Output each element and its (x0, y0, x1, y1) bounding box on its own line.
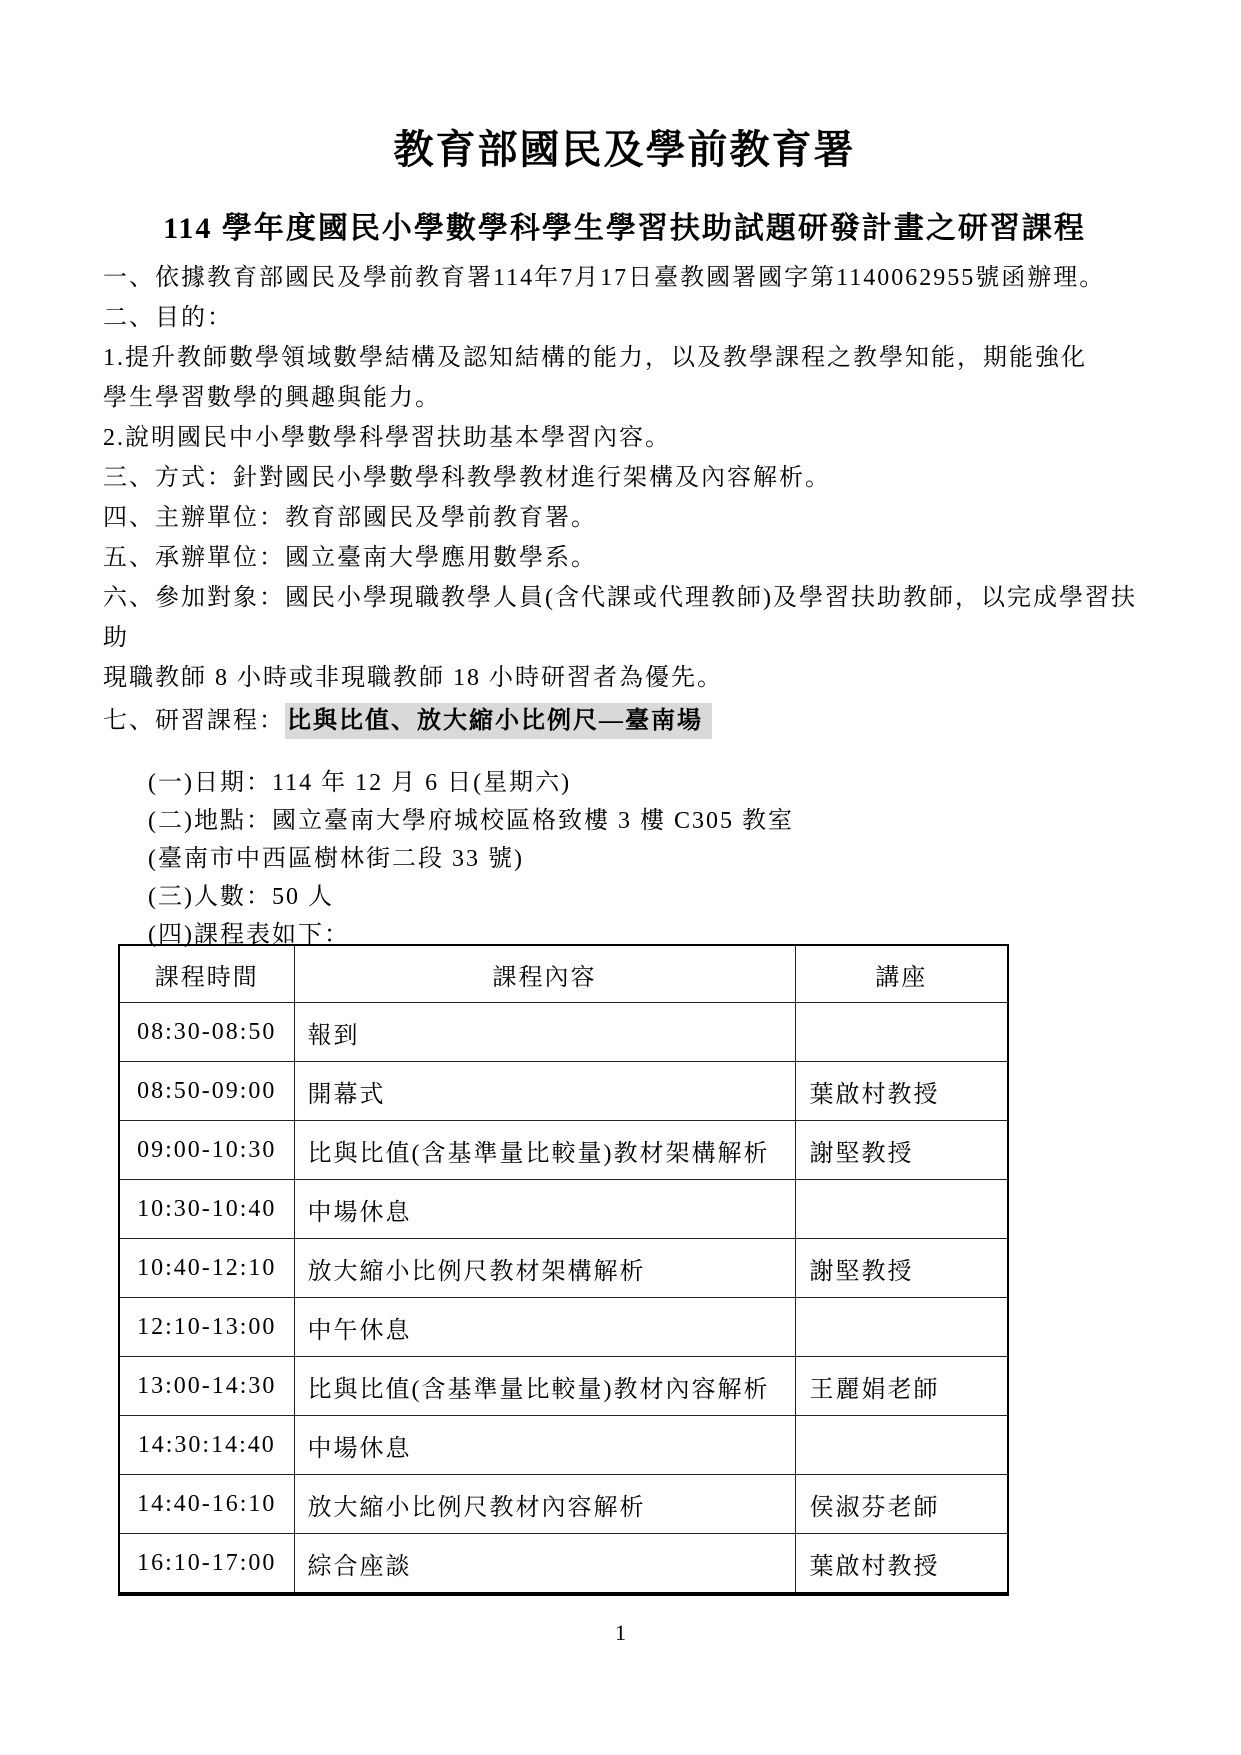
header-cell-speaker: 講座 (795, 945, 1008, 1003)
cell-time: 10:40-12:10 (119, 1239, 294, 1298)
purpose-point-2: 2.說明國民中小學數學科學習扶助基本學習內容。 (103, 418, 1146, 458)
cell-time: 10:30-10:40 (119, 1180, 294, 1239)
cell-content: 綜合座談 (294, 1534, 795, 1595)
cell-time: 08:30-08:50 (119, 1003, 294, 1062)
page-number: 1 (0, 1620, 1241, 1646)
table-row: 14:30:14:40 中場休息 (119, 1416, 1008, 1475)
cell-time: 14:40-16:10 (119, 1475, 294, 1534)
cell-time: 08:50-09:00 (119, 1062, 294, 1121)
document-title: 教育部國民及學前教育署 (103, 0, 1146, 174)
table-row: 09:00-10:30 比與比值(含基準量比較量)教材架構解析 謝堅教授 (119, 1121, 1008, 1180)
course-location-line-1: (二)地點：國立臺南大學府城校區格致樓 3 樓 C305 教室 (148, 802, 1146, 840)
cell-content: 放大縮小比例尺教材架構解析 (294, 1239, 795, 1298)
cell-time: 13:00-14:30 (119, 1357, 294, 1416)
cell-time: 14:30:14:40 (119, 1416, 294, 1475)
item-organizer: 四、主辦單位：教育部國民及學前教育署。 (103, 498, 1146, 538)
table-row: 16:10-17:00 綜合座談 葉啟村教授 (119, 1534, 1008, 1595)
course-location-line-2: (臺南市中西區樹林街二段 33 號) (148, 840, 1146, 878)
header-cell-content: 課程內容 (294, 945, 795, 1003)
cell-content: 放大縮小比例尺教材內容解析 (294, 1475, 795, 1534)
table-row: 14:40-16:10 放大縮小比例尺教材內容解析 侯淑芬老師 (119, 1475, 1008, 1534)
cell-speaker (795, 1180, 1008, 1239)
document-page: 教育部國民及學前教育署 114 學年度國民小學數學科學生學習扶助試題研發計畫之研… (0, 0, 1241, 1596)
cell-speaker: 侯淑芬老師 (795, 1475, 1008, 1534)
course-title-highlight: 比與比值、放大縮小比例尺—臺南場 (285, 703, 712, 739)
item-course: 七、研習課程：比與比值、放大縮小比例尺—臺南場 (103, 698, 1146, 744)
item-participants-line-2: 現職教師 8 小時或非現職教師 18 小時研習者為優先。 (103, 658, 1146, 698)
item-executor: 五、承辦單位：國立臺南大學應用數學系。 (103, 538, 1146, 578)
cell-time: 12:10-13:00 (119, 1298, 294, 1357)
purpose-point-1-line-2: 學生學習數學的興趣與能力。 (103, 378, 1146, 418)
cell-content: 比與比值(含基準量比較量)教材內容解析 (294, 1357, 795, 1416)
item-method: 三、方式：針對國民小學數學科教學教材進行架構及內容解析。 (103, 458, 1146, 498)
table-row: 10:40-12:10 放大縮小比例尺教材架構解析 謝堅教授 (119, 1239, 1008, 1298)
course-capacity: (三)人數：50 人 (148, 878, 1146, 916)
table-row: 08:50-09:00 開幕式 葉啟村教授 (119, 1062, 1008, 1121)
table-row: 13:00-14:30 比與比值(含基準量比較量)教材內容解析 王麗娟老師 (119, 1357, 1008, 1416)
item-participants-line-1: 六、參加對象：國民小學現職教學人員(含代課或代理教師)及學習扶助教師，以完成學習… (103, 578, 1146, 658)
cell-speaker: 葉啟村教授 (795, 1534, 1008, 1595)
cell-content: 報到 (294, 1003, 795, 1062)
document-body: 一、依據教育部國民及學前教育署114年7月17日臺教國署國字第114006295… (103, 258, 1146, 744)
course-date: (一)日期：114 年 12 月 6 日(星期六) (148, 764, 1146, 802)
cell-content: 中場休息 (294, 1180, 795, 1239)
cell-content: 比與比值(含基準量比較量)教材架構解析 (294, 1121, 795, 1180)
item-purpose-label: 二、目的： (103, 298, 1146, 338)
cell-speaker: 謝堅教授 (795, 1239, 1008, 1298)
course-label: 七、研習課程： (103, 708, 285, 734)
cell-content: 中午休息 (294, 1298, 795, 1357)
document-subtitle: 114 學年度國民小學數學科學生學習扶助試題研發計畫之研習課程 (103, 208, 1146, 250)
table-row: 08:30-08:50 報到 (119, 1003, 1008, 1062)
course-details: (一)日期：114 年 12 月 6 日(星期六) (二)地點：國立臺南大學府城… (148, 764, 1146, 954)
cell-speaker (795, 1416, 1008, 1475)
schedule-table: 課程時間 課程內容 講座 08:30-08:50 報到 08:50-09:00 … (118, 944, 1009, 1596)
cell-speaker (795, 1003, 1008, 1062)
cell-content: 開幕式 (294, 1062, 795, 1121)
table-row: 10:30-10:40 中場休息 (119, 1180, 1008, 1239)
cell-speaker: 謝堅教授 (795, 1121, 1008, 1180)
cell-time: 16:10-17:00 (119, 1534, 294, 1595)
cell-speaker (795, 1298, 1008, 1357)
cell-speaker: 葉啟村教授 (795, 1062, 1008, 1121)
cell-time: 09:00-10:30 (119, 1121, 294, 1180)
purpose-point-1-line-1: 1.提升教師數學領域數學結構及認知結構的能力，以及教學課程之教學知能，期能強化 (103, 338, 1146, 378)
cell-speaker: 王麗娟老師 (795, 1357, 1008, 1416)
table-row: 12:10-13:00 中午休息 (119, 1298, 1008, 1357)
cell-content: 中場休息 (294, 1416, 795, 1475)
item-basis: 一、依據教育部國民及學前教育署114年7月17日臺教國署國字第114006295… (103, 258, 1146, 298)
